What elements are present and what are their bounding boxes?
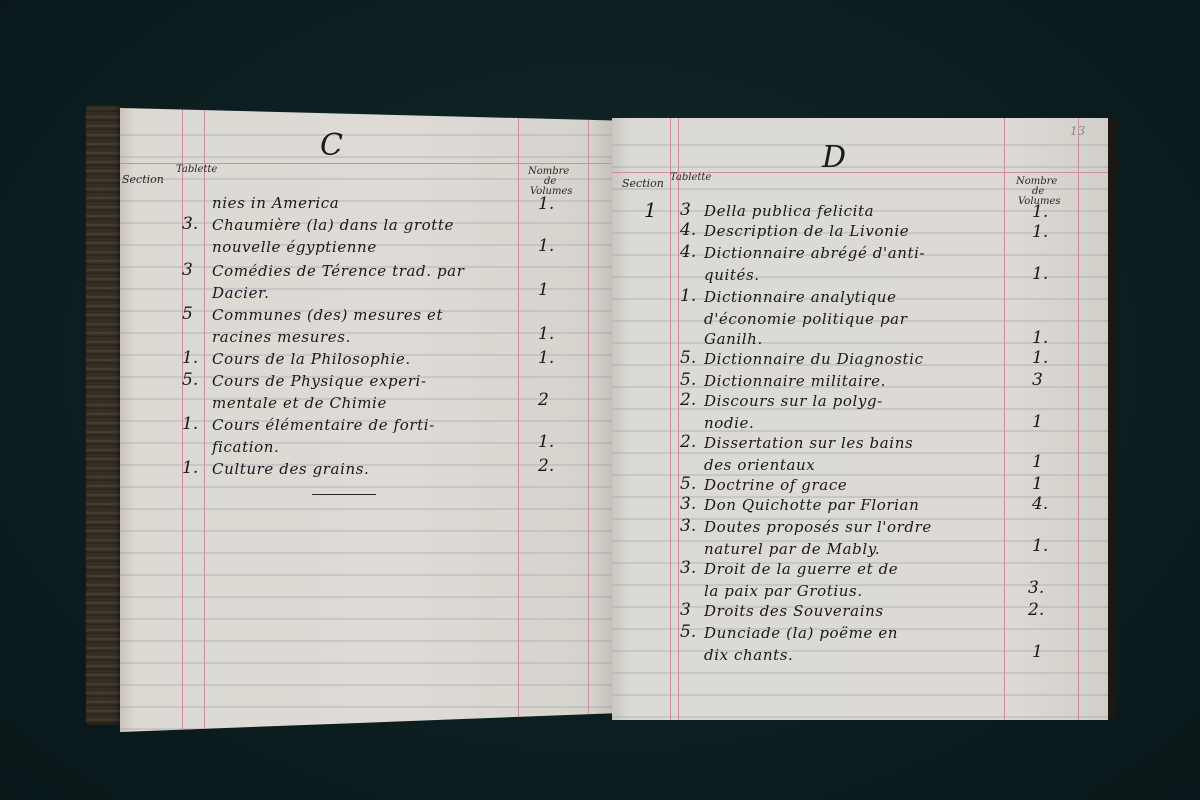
entry-volumes: 1. (538, 348, 554, 368)
entry-volumes: 1 (1032, 412, 1043, 432)
entry-volumes: 3 (1032, 370, 1043, 390)
entry-title-line: quités. (704, 266, 760, 284)
entry-title-line: nodie. (704, 414, 754, 432)
entry-volumes: 1. (538, 324, 554, 344)
entry-title-line: Cours élémentaire de forti- (212, 416, 435, 434)
entry-title-line: mentale et de Chimie (212, 394, 387, 412)
tablette-column-rule (678, 118, 679, 720)
entry-title-line: des orientaux (704, 456, 815, 474)
entry-tablette: 1. (182, 458, 198, 478)
entry-title-line: Culture des grains. (212, 460, 369, 478)
entry-volumes: 1. (1032, 202, 1048, 222)
entry-title-line: Description de la Livonie (704, 222, 909, 240)
entry-volumes: 3. (1028, 578, 1044, 598)
letter-heading: D (822, 140, 846, 175)
entry-volumes: 1. (1032, 536, 1048, 556)
entry-volumes: 1. (1032, 328, 1048, 348)
entry-title-line: Dissertation sur les bains (704, 434, 913, 452)
section-header: Section (122, 174, 164, 185)
entry-tablette: 2. (680, 432, 696, 452)
entry-title-line: Della publica felicita (704, 202, 874, 220)
entry-tablette: 1. (680, 286, 696, 306)
entry-title-line: d'économie politique par (704, 310, 907, 328)
entry-tablette: 2. (680, 390, 696, 410)
entry-tablette: 3. (680, 516, 696, 536)
entry-title-line: Dacier. (212, 284, 270, 302)
left-page: C Section Tablette Nombre de Volumes nie… (120, 108, 614, 732)
entry-title-line: Doutes proposés sur l'ordre (704, 518, 932, 536)
entry-title-line: Chaumière (la) dans la grotte (212, 216, 454, 234)
entry-tablette: 1. (182, 348, 198, 368)
right-page: 13 D Section Tablette Nombre de Volumes … (612, 118, 1108, 720)
tablette-column-rule (204, 108, 205, 732)
entry-tablette: 3. (182, 214, 198, 234)
entry-tablette: 5. (680, 474, 696, 494)
entry-tablette: 3. (680, 558, 696, 578)
entry-volumes: 1 (538, 280, 549, 300)
entry-title-line: Doctrine of grace (704, 476, 847, 494)
entry-title-line: racines mesures. (212, 328, 351, 346)
entry-volumes: 2 (538, 390, 549, 410)
entry-title-line: nouvelle égyptienne (212, 238, 377, 256)
entry-volumes: 1 (1032, 474, 1043, 494)
entry-title-line: Droits des Souverains (704, 602, 884, 620)
entry-volumes: 1. (538, 194, 554, 214)
tablette-header: Tablette (670, 172, 711, 183)
end-flourish (312, 494, 376, 495)
entry-tablette: 3 (680, 600, 691, 620)
entry-title-line: Don Quichotte par Florian (704, 496, 919, 514)
page-number: 13 (1070, 124, 1085, 138)
entry-title-line: Dictionnaire abrégé d'anti- (704, 244, 925, 262)
entry-tablette: 5. (182, 370, 198, 390)
entry-tablette: 4. (680, 220, 696, 240)
entry-title-line: fication. (212, 438, 279, 456)
entry-volumes: 1. (1032, 264, 1048, 284)
entry-tablette: 4. (680, 242, 696, 262)
volumes-column-rule (518, 108, 519, 732)
entry-tablette: 3. (680, 494, 696, 514)
entry-title-line: Cours de la Philosophie. (212, 350, 411, 368)
entry-tablette: 5 (182, 304, 193, 324)
tablette-header: Tablette (176, 164, 217, 175)
entry-volumes: 1. (538, 236, 554, 256)
entry-title-line: Dictionnaire analytique (704, 288, 897, 306)
entry-volumes: 1. (538, 432, 554, 452)
entry-tablette: 3 (680, 200, 691, 220)
entry-title-line: naturel par de Mably. (704, 540, 880, 558)
entry-tablette: 5. (680, 622, 696, 642)
entry-title-line: Dunciade (la) poëme en (704, 624, 898, 642)
section-header: Section (622, 178, 664, 189)
right-margin-rule (1078, 118, 1079, 720)
entry-volumes: 4. (1032, 494, 1048, 514)
section-column-rule (670, 118, 671, 720)
entry-volumes: 2. (538, 456, 554, 476)
section-number: 1 (644, 198, 657, 222)
entry-title-line: dix chants. (704, 646, 793, 664)
right-margin-rule (588, 108, 589, 732)
letter-heading: C (320, 128, 343, 163)
volumes-column-rule (1004, 118, 1005, 720)
entry-title-line: Ganilh. (704, 330, 763, 348)
entry-title-line: Droit de la guerre et de (704, 560, 898, 578)
entry-tablette: 3 (182, 260, 193, 280)
entry-title-line: Communes (des) mesures et (212, 306, 443, 324)
entry-title-line: Dictionnaire du Diagnostic (704, 350, 924, 368)
entry-title-line: Cours de Physique experi- (212, 372, 427, 390)
entry-volumes: 2. (1028, 600, 1044, 620)
entry-volumes: 1 (1032, 642, 1043, 662)
entry-tablette: 5. (680, 348, 696, 368)
entry-tablette: 5. (680, 370, 696, 390)
entry-volumes: 1. (1032, 348, 1048, 368)
entry-title-line: Discours sur la polyg- (704, 392, 883, 410)
entry-title-line: nies in America (212, 194, 339, 212)
entry-tablette: 1. (182, 414, 198, 434)
entry-title-line: Dictionnaire militaire. (704, 372, 886, 390)
entry-volumes: 1 (1032, 452, 1043, 472)
entry-title-line: la paix par Grotius. (704, 582, 863, 600)
entry-title-line: Comédies de Térence trad. par (212, 262, 464, 280)
entry-volumes: 1. (1032, 222, 1048, 242)
